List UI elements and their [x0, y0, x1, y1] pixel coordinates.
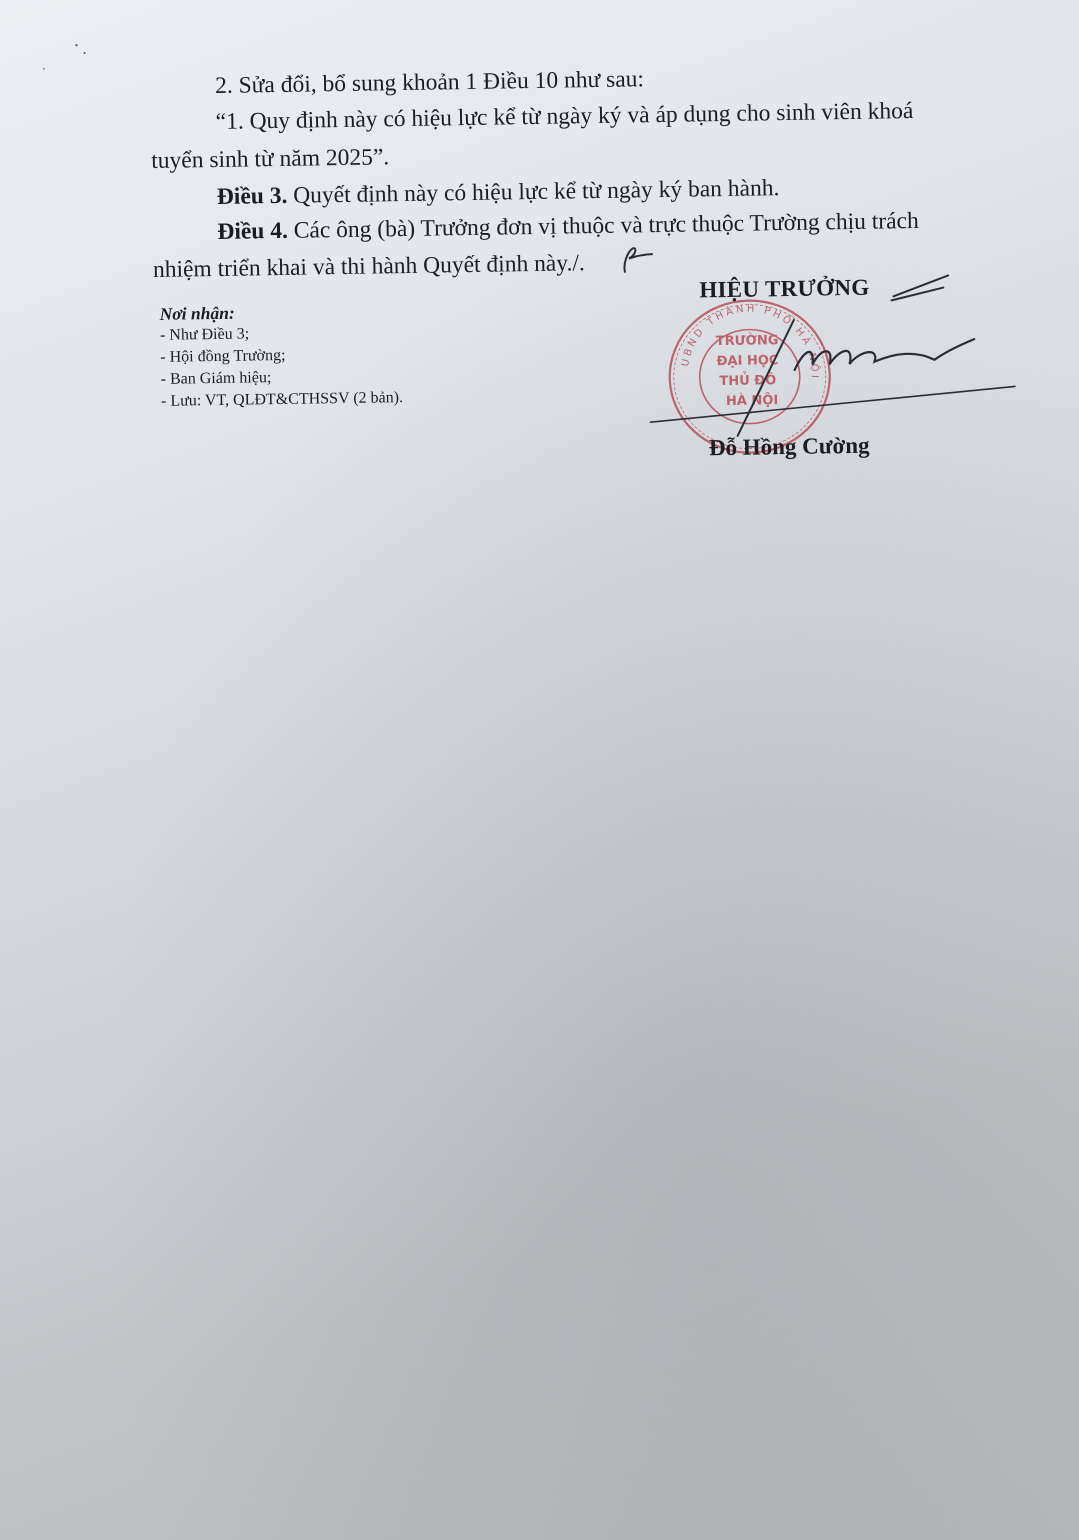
- initial-mark-icon: [615, 242, 655, 275]
- article-3: Điều 3. Quyết định này có hiệu lực kể từ…: [217, 177, 780, 209]
- handwritten-signature: [643, 266, 1026, 442]
- recipients-block: Nơi nhận: - Như Điều 3; - Hội đồng Trườn…: [160, 299, 404, 413]
- article-4: Điều 4. Các ông (bà) Trưởng đơn vị thuộc…: [217, 210, 919, 245]
- signer-name: Đỗ Hồng Cường: [709, 433, 870, 462]
- quote-line-1: “1. Quy định này có hiệu lực kể từ ngày …: [215, 100, 913, 134]
- article-3-label: Điều 3.: [217, 183, 288, 210]
- item2-intro: 2. Sửa đổi, bổ sung khoản 1 Điều 10 như …: [215, 68, 644, 98]
- dust-specks: [39, 41, 100, 82]
- quote-line-2: tuyển sinh từ năm 2025”.: [151, 146, 389, 173]
- article-4-text-line-2: nhiệm triển khai và thi hành Quyết định …: [153, 252, 585, 282]
- article-3-text: Quyết định này có hiệu lực kể từ ngày ký…: [287, 175, 779, 209]
- article-4-text-line-1: Các ông (bà) Trưởng đơn vị thuộc và trực…: [288, 208, 919, 244]
- document-page: 2. Sửa đổi, bổ sung khoản 1 Điều 10 như …: [0, 0, 1079, 1540]
- recipient-item: - Lưu: VT, QLĐT&CTHSSV (2 bản).: [161, 387, 403, 413]
- article-4-label: Điều 4.: [217, 218, 288, 245]
